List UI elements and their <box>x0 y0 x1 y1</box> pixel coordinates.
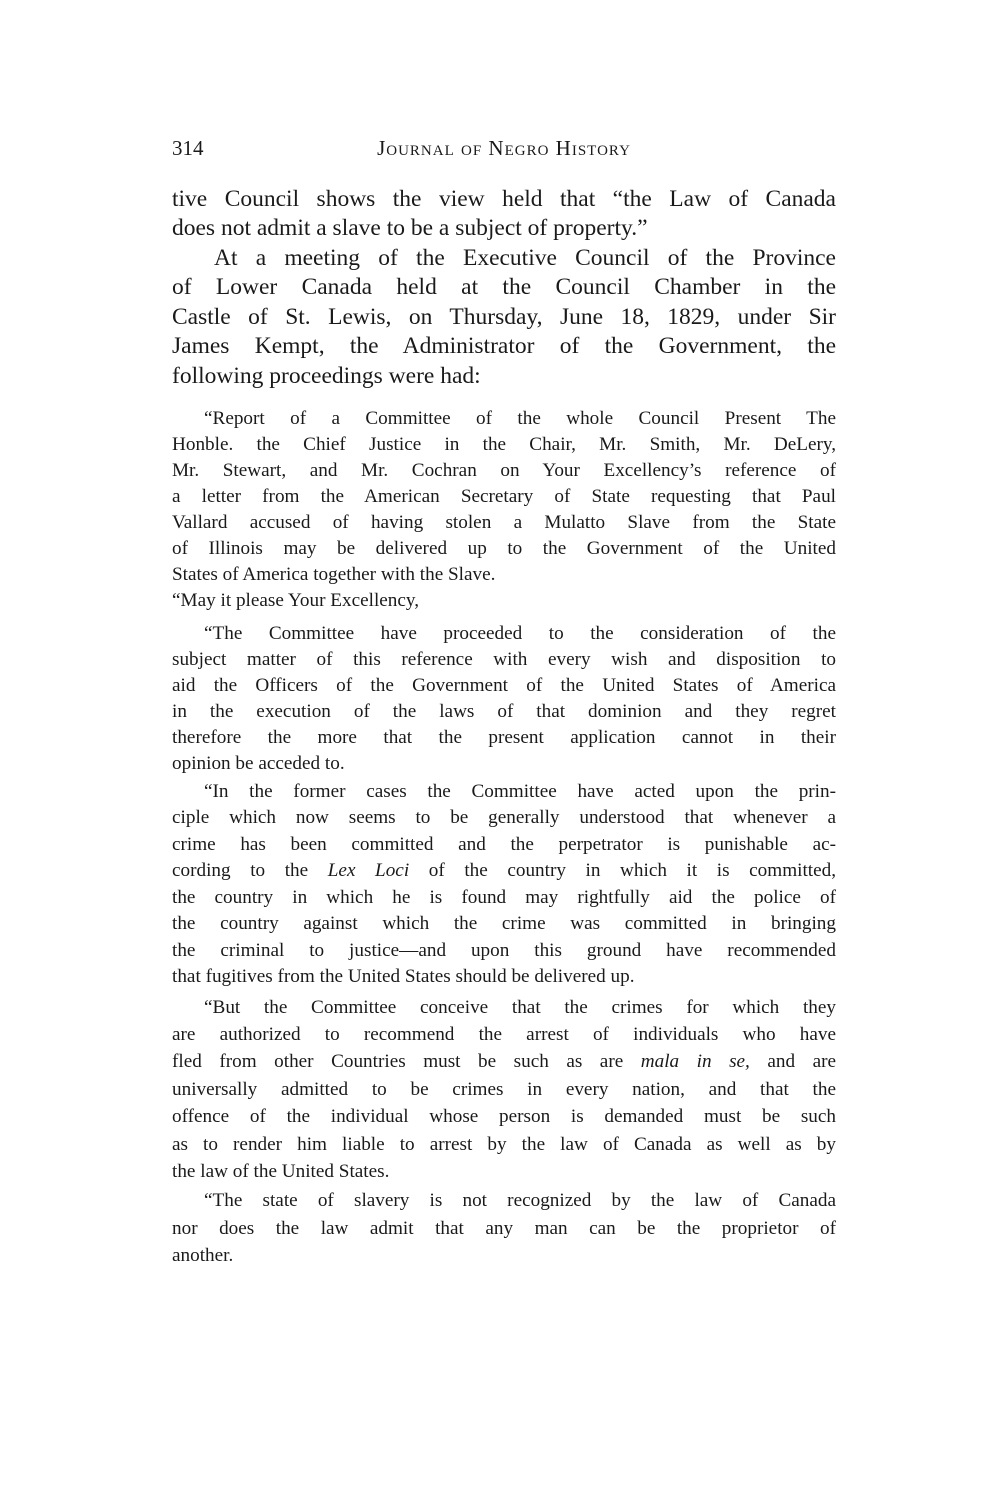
quote-line: that fugitives from the United States sh… <box>172 964 836 990</box>
quote-line: fled from other Countries must be such a… <box>172 1049 836 1075</box>
quote-line: Honble. the Chief Justice in the Chair, … <box>172 432 836 458</box>
quote-line: Mr. Stewart, and Mr. Cochran on Your Exc… <box>172 458 836 484</box>
body-line: following proceedings were had: <box>172 361 836 391</box>
quote-line: “May it please Your Excellency, <box>172 588 836 614</box>
page-header: 314 Journal of Negro History <box>172 136 836 166</box>
quote-line: another. <box>172 1243 836 1269</box>
italic-term: Lex Loci <box>328 860 409 881</box>
quote-line: crime has been committed and the perpetr… <box>172 832 836 858</box>
quote-line: States of America together with the Slav… <box>172 562 836 588</box>
text-segment: cording to the <box>172 860 308 881</box>
quote-line: subject matter of this reference with ev… <box>172 647 836 673</box>
body-line: tive Council shows the view held that “t… <box>172 184 836 214</box>
quote-line: “But the Committee conceive that the cri… <box>204 995 836 1021</box>
body-line: of Lower Canada held at the Council Cham… <box>172 272 836 302</box>
quote-line: aid the Officers of the Government of th… <box>172 673 836 699</box>
text-segment: and are <box>767 1051 836 1072</box>
body-line: Castle of St. Lewis, on Thursday, June 1… <box>172 302 836 332</box>
italic-term: mala in se, <box>641 1051 750 1072</box>
quote-line: the country against which the crime was … <box>172 911 836 937</box>
text-segment: fled from other Countries must be such a… <box>172 1051 623 1072</box>
quote-line: as to render him liable to arrest by the… <box>172 1132 836 1158</box>
quote-line: the criminal to justice—and upon this gr… <box>172 938 836 964</box>
quote-line: offence of the individual whose person i… <box>172 1104 836 1130</box>
quote-line: “In the former cases the Committee have … <box>204 779 836 805</box>
text-segment: of the country in which it is committed, <box>429 860 836 881</box>
quote-line: opinion be acceded to. <box>172 751 836 777</box>
quote-line: nor does the law admit that any man can … <box>172 1216 836 1242</box>
quote-line: cording to the Lex Loci of the country i… <box>172 858 836 884</box>
quote-line: of Illinois may be delivered up to the G… <box>172 536 836 562</box>
quote-line: a letter from the American Secretary of … <box>172 484 836 510</box>
body-line: At a meeting of the Executive Council of… <box>214 243 836 273</box>
quote-line: the law of the United States. <box>172 1159 836 1185</box>
body-line: James Kempt, the Administrator of the Go… <box>172 331 836 361</box>
quote-line: “The Committee have proceeded to the con… <box>204 621 836 647</box>
body-line: does not admit a slave to be a subject o… <box>172 213 836 243</box>
quote-line: the country in which he is found may rig… <box>172 885 836 911</box>
document-page: 314 Journal of Negro History tive Counci… <box>0 0 1000 1504</box>
quote-line: are authorized to recommend the arrest o… <box>172 1022 836 1048</box>
quote-line: “Report of a Committee of the whole Coun… <box>204 406 836 432</box>
running-head: Journal of Negro History <box>172 136 836 161</box>
quote-line: universally admitted to be crimes in eve… <box>172 1077 836 1103</box>
quote-line: therefore the more that the present appl… <box>172 725 836 751</box>
quote-line: Vallard accused of having stolen a Mulat… <box>172 510 836 536</box>
quote-line: ciple which now seems to be generally un… <box>172 805 836 831</box>
quote-line: “The state of slavery is not recognized … <box>204 1188 836 1214</box>
quote-line: in the execution of the laws of that dom… <box>172 699 836 725</box>
